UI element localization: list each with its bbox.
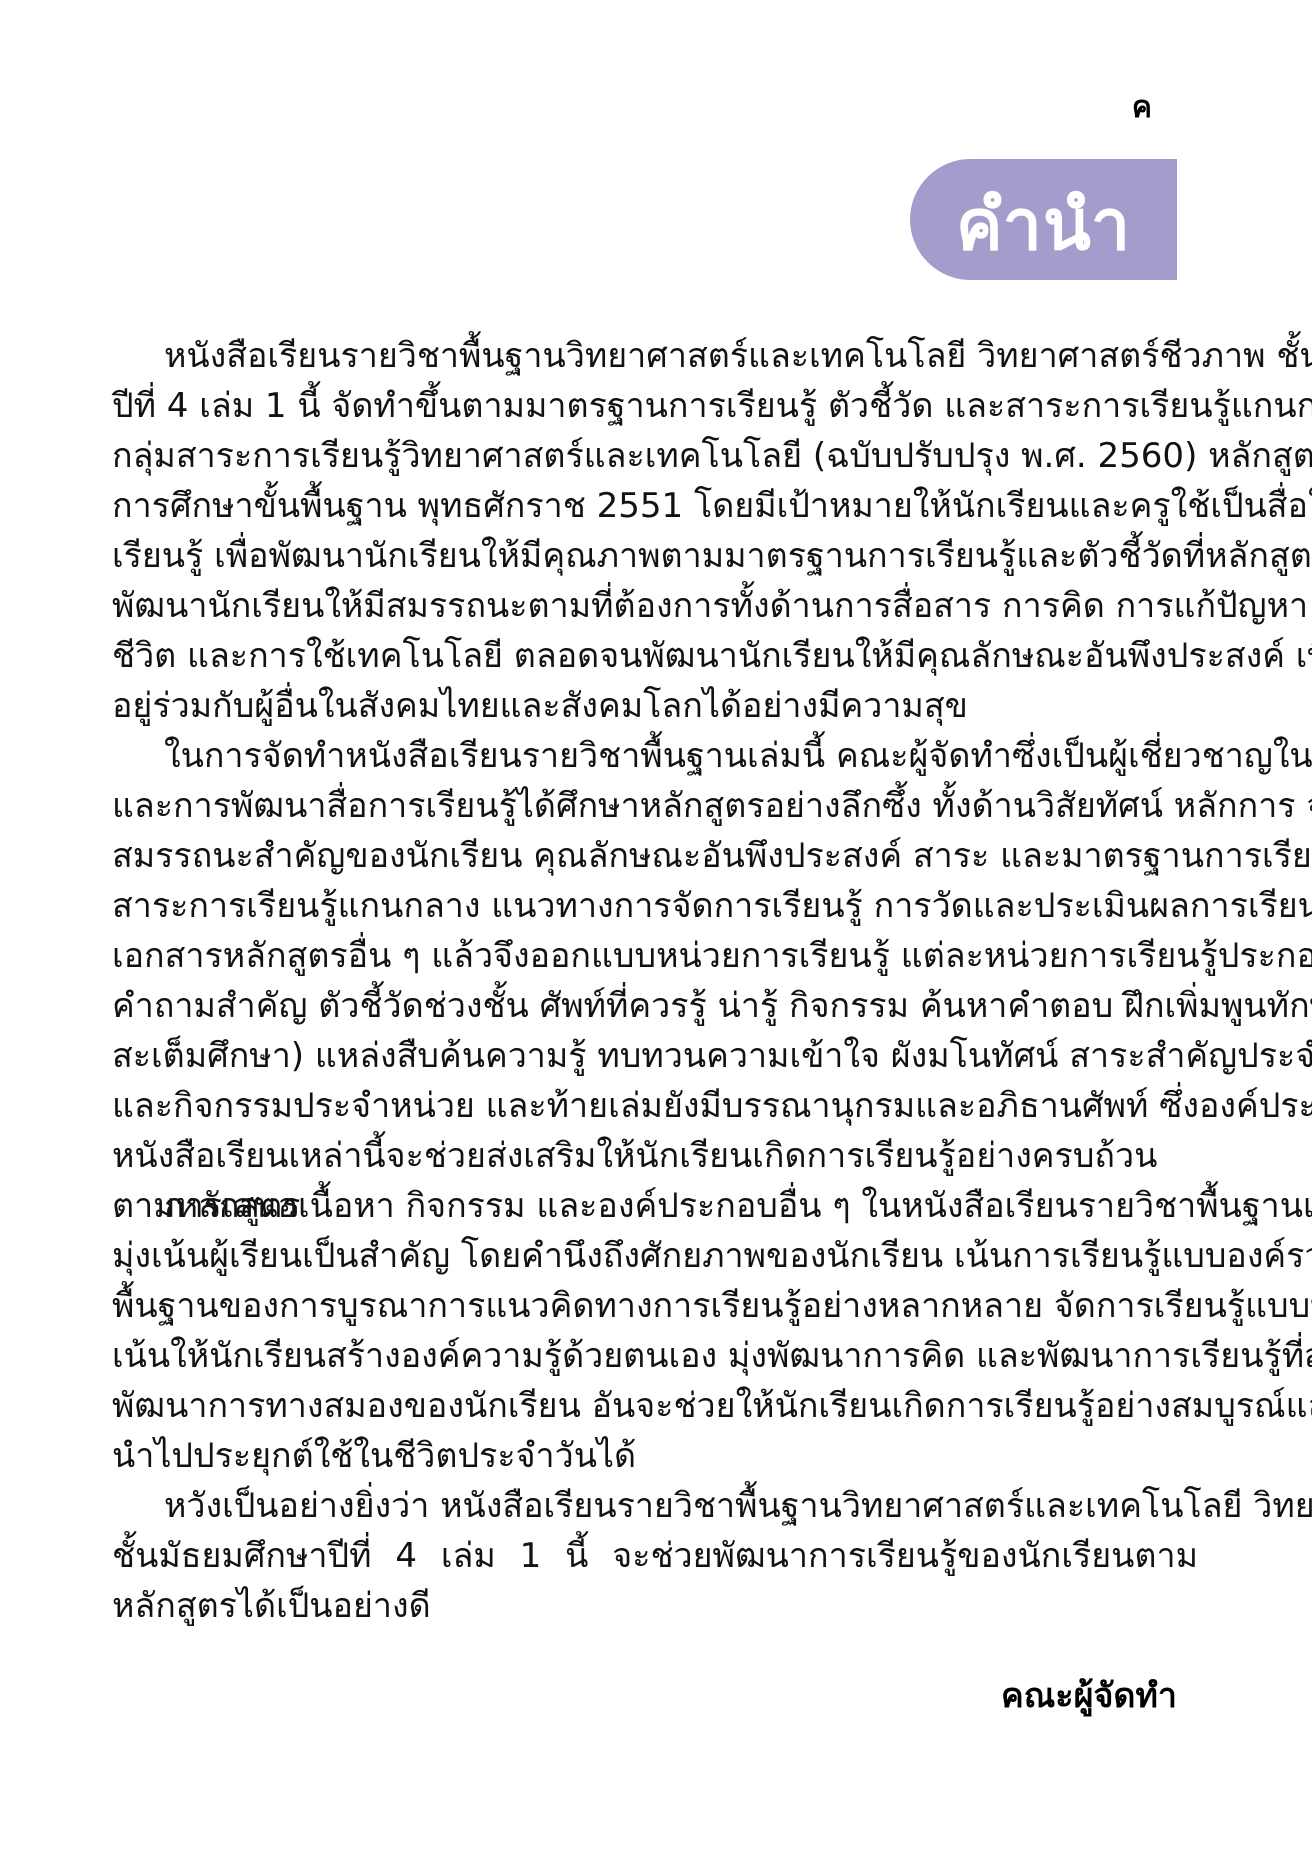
preface-line: พัฒนานักเรียนให้มีสมรรถนะตามที่ต้องการทั…	[112, 581, 1198, 631]
preface-banner: คำนำ	[910, 159, 1177, 280]
page-title: คำนำ	[956, 180, 1131, 260]
preface-line: อยู่ร่วมกับผู้อื่นในสังคมไทยและสังคมโลกไ…	[112, 681, 1198, 731]
preface-line: หนังสือเรียนรายวิชาพื้นฐานวิทยาศาสตร์และ…	[112, 331, 1198, 381]
preface-line: ชีวิต และการใช้เทคโนโลยี ตลอดจนพัฒนานักเ…	[112, 631, 1198, 681]
preface-line: กลุ่มสาระการเรียนรู้วิทยาศาสตร์และเทคโนโ…	[112, 431, 1198, 481]
preface-line: มุ่งเน้นผู้เรียนเป็นสำคัญ โดยคำนึงถึงศัก…	[112, 1231, 1198, 1281]
preface-line: พัฒนาการทางสมองของนักเรียน อันจะช่วยให้น…	[112, 1381, 1198, 1431]
page-number-marker: ค	[1132, 84, 1152, 131]
preface-line: ปีที่ 4 เล่ม 1 นี้ จัดทำขึ้นตามมาตรฐานกา…	[112, 381, 1198, 431]
preface-line: นำไปประยุกต์ใช้ในชีวิตประจำวันได้	[112, 1431, 1198, 1481]
preface-line: สาระการเรียนรู้แกนกลาง แนวทางการจัดการเร…	[112, 881, 1198, 931]
preface-body: หนังสือเรียนรายวิชาพื้นฐานวิทยาศาสตร์และ…	[112, 331, 1198, 1581]
preface-line: การศึกษาขั้นพื้นฐาน พุทธศักราช 2551 โดยม…	[112, 481, 1198, 531]
preface-line: เรียนรู้ เพื่อพัฒนานักเรียนให้มีคุณภาพตา…	[112, 531, 1198, 581]
preface-line: พื้นฐานของการบูรณาการแนวคิดทางการเรียนรู…	[112, 1281, 1198, 1331]
preface-line: การเสนอเนื้อหา กิจกรรม และองค์ประกอบอื่น…	[112, 1181, 1198, 1231]
preface-line: หวังเป็นอย่างยิ่งว่า หนังสือเรียนรายวิชา…	[112, 1481, 1198, 1531]
preface-line: ชั้นมัธยมศึกษาปีที่ 4 เล่ม 1 นี้ จะช่วยพ…	[112, 1531, 1198, 1581]
preface-line: และการพัฒนาสื่อการเรียนรู้ได้ศึกษาหลักสู…	[112, 781, 1198, 831]
preface-line: สมรรถนะสำคัญของนักเรียน คุณลักษณะอันพึงป…	[112, 831, 1198, 881]
preface-line: เน้นให้นักเรียนสร้างองค์ความรู้ด้วยตนเอง…	[112, 1331, 1198, 1381]
preface-line: คำถามสำคัญ ตัวชี้วัดช่วงชั้น ศัพท์ที่ควร…	[112, 981, 1198, 1031]
preface-line: ในการจัดทำหนังสือเรียนรายวิชาพื้นฐานเล่ม…	[112, 731, 1198, 781]
preface-line: และกิจกรรมประจำหน่วย และท้ายเล่มยังมีบรร…	[112, 1081, 1198, 1131]
preface-line: หนังสือเรียนเหล่านี้จะช่วยส่งเสริมให้นัก…	[112, 1131, 1198, 1181]
preface-line: สะเต็มศึกษา) แหล่งสืบค้นความรู้ ทบทวนควา…	[112, 1031, 1198, 1081]
preface-page: ค คำนำ หนังสือเรียนรายวิชาพื้นฐานวิทยาศา…	[0, 0, 1312, 1867]
authors-signature: คณะผู้จัดทำ	[1001, 1668, 1177, 1722]
preface-line: เอกสารหลักสูตรอื่น ๆ แล้วจึงออกแบบหน่วยก…	[112, 931, 1198, 981]
